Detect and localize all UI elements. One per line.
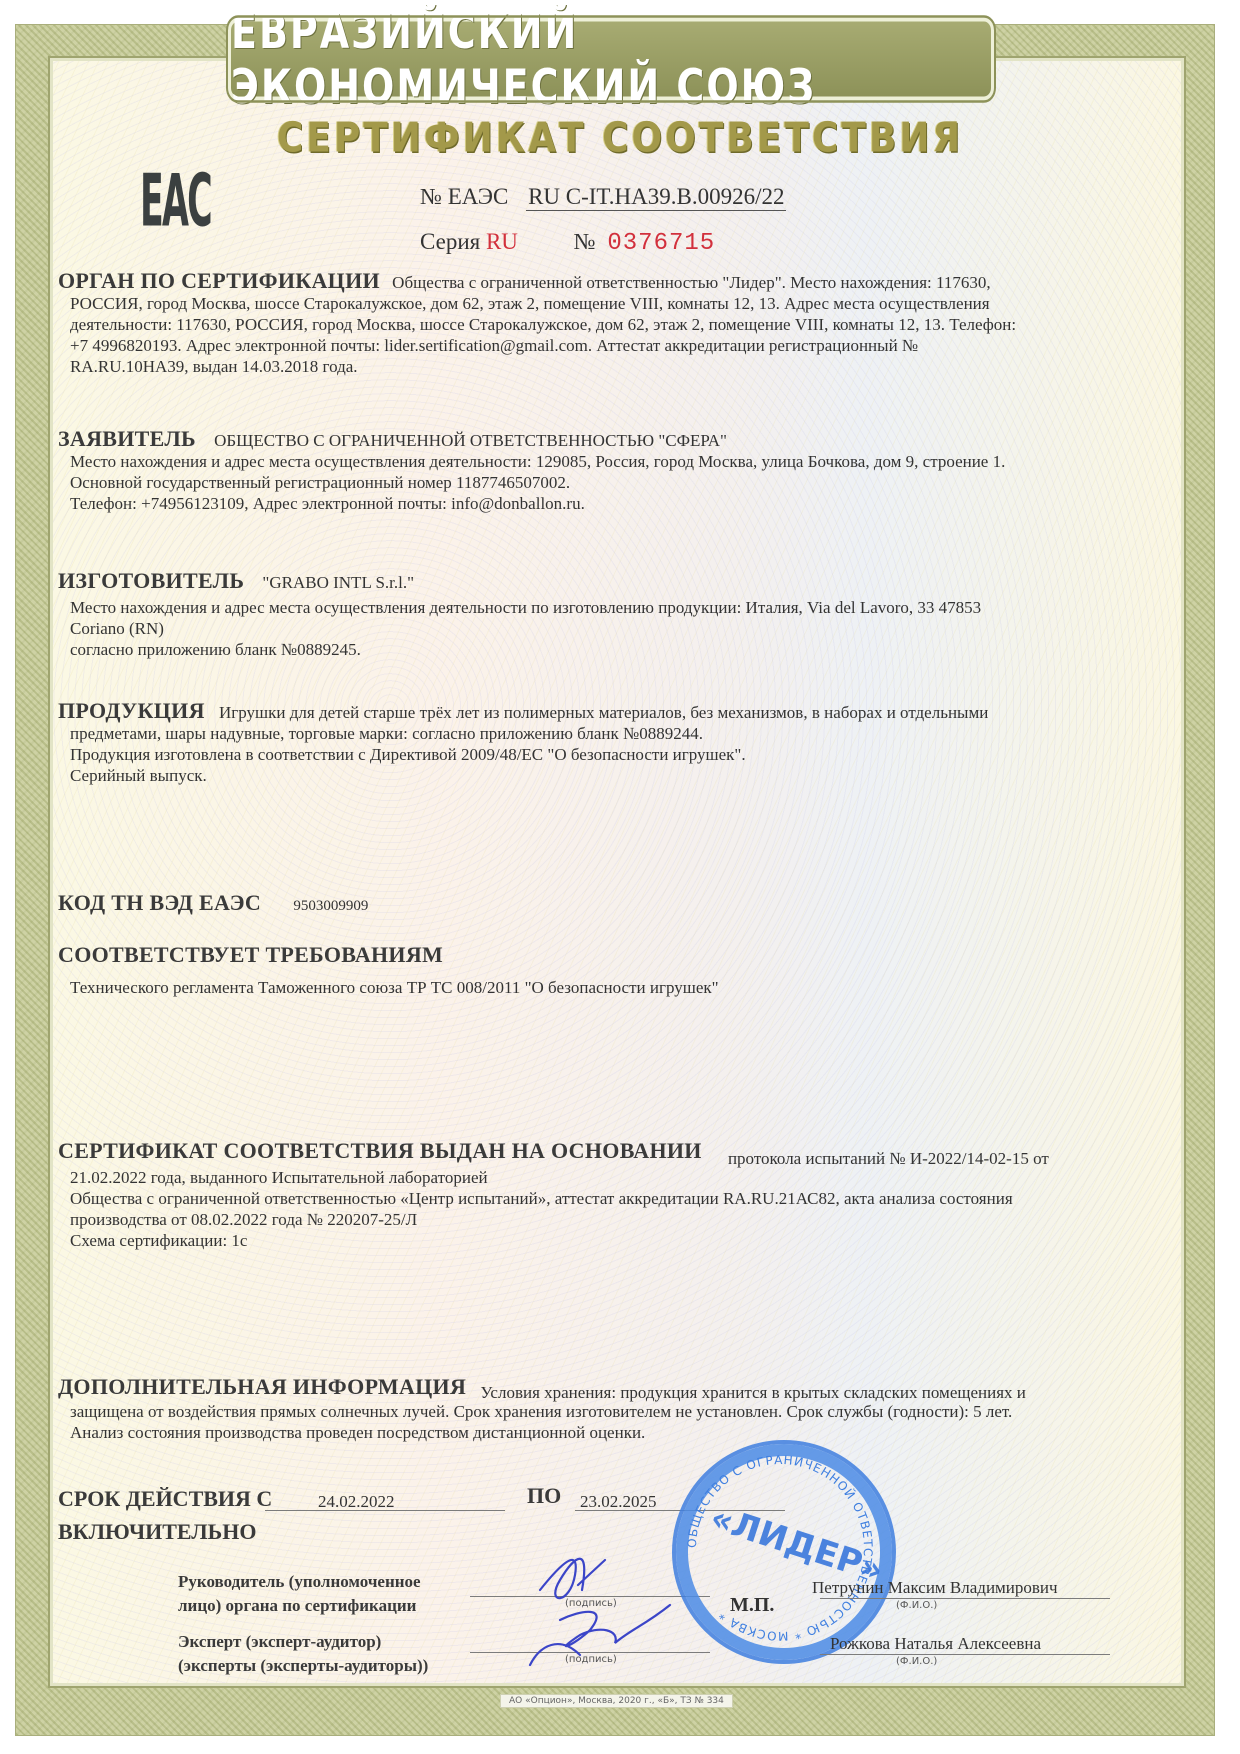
series-line: Серия RU № 0376715	[420, 229, 715, 257]
section-line: Схема сертификации: 1с	[70, 1230, 1138, 1251]
section-line: 21.02.2022 года, выданного Испытательной…	[70, 1167, 1138, 1188]
section-heading: ДОПОЛНИТЕЛЬНАЯ ИНФОРМАЦИЯ	[58, 1374, 466, 1399]
expert-label: Эксперт (эксперт-аудитор) (эксперты (экс…	[178, 1630, 428, 1678]
blank-number-value: 0376715	[607, 230, 715, 257]
section-line: Coriano (RN)	[70, 618, 1138, 639]
section-tn-ved: КОД ТН ВЭД ЕАЭС 9503009909	[58, 892, 1138, 917]
number-label: № ЕАЭС	[420, 184, 508, 209]
section-line: защищена от воздействия прямых солнечных…	[70, 1401, 1138, 1422]
stamp-place-label: М.П.	[730, 1594, 774, 1617]
validity-to-label: ПО	[527, 1484, 561, 1508]
section-line: Анализ состояния производства проведен п…	[70, 1422, 1138, 1443]
section-first-line: протокола испытаний № И-2022/14-02-15 от	[728, 1149, 1049, 1168]
section-heading: ОРГАН ПО СЕРТИФИКАЦИИ	[58, 268, 380, 293]
printer-imprint: АО «Опцион», Москва, 2020 г., «Б», ТЗ № …	[500, 1694, 733, 1708]
section-heading: КОД ТН ВЭД ЕАЭС	[58, 890, 261, 915]
section-line: деятельности: 117630, РОССИЯ, город Моск…	[70, 314, 1138, 335]
section-line: производства от 08.02.2022 года № 220207…	[70, 1209, 1138, 1230]
section-line: Место нахождения и адрес места осуществл…	[70, 597, 1138, 618]
section-product: ПРОДУКЦИЯ Игрушки для детей старше трёх …	[58, 700, 1138, 786]
section-first-line: Игрушки для детей старше трёх лет из пол…	[219, 703, 988, 722]
series-value: RU	[486, 229, 518, 254]
blank-number-label: №	[574, 229, 596, 254]
union-banner: ЕВРАЗИЙСКИЙ ЭКОНОМИЧЕСКИЙ СОЮЗ	[228, 18, 994, 101]
expert-name-line	[820, 1654, 1110, 1655]
validity-inclusive-label: ВКЛЮЧИТЕЛЬНО	[58, 1520, 256, 1544]
section-basis: СЕРТИФИКАТ СООТВЕТСТВИЯ ВЫДАН НА ОСНОВАН…	[58, 1140, 1138, 1251]
section-line: РОССИЯ, город Москва, шоссе Старокалужск…	[70, 293, 1138, 314]
section-line: RA.RU.10НА39, выдан 14.03.2018 года.	[70, 356, 1138, 377]
section-line: Продукция изготовлена в соответствии с Д…	[70, 744, 1138, 765]
validity-from-value: 24.02.2022	[318, 1492, 395, 1512]
section-line: Основной государственный регистрационный…	[70, 472, 1138, 493]
head-fio-caption: (Ф.И.О.)	[896, 1600, 937, 1611]
section-certification-body: ОРГАН ПО СЕРТИФИКАЦИИ Общества с огранич…	[58, 270, 1138, 377]
tn-ved-code: 9503009909	[293, 898, 368, 914]
head-label: Руководитель (уполномоченное лицо) орган…	[178, 1570, 421, 1618]
section-first-line: Условия хранения: продукция хранится в к…	[480, 1383, 1025, 1402]
section-manufacturer: ИЗГОТОВИТЕЛЬ "GRABO INTL S.r.l." Место н…	[58, 570, 1138, 660]
section-heading: СЕРТИФИКАТ СООТВЕТСТВИЯ ВЫДАН НА ОСНОВАН…	[58, 1138, 702, 1163]
section-line: согласно приложению бланк №0889245.	[70, 639, 1138, 660]
section-first-line: "GRABO INTL S.r.l."	[262, 573, 414, 592]
head-name: Петрунин Максим Владимирович	[812, 1578, 1058, 1598]
section-line: +7 4996820193. Адрес электронной почты: …	[70, 335, 1138, 356]
expert-name: Рожкова Наталья Алексеевна	[830, 1634, 1041, 1654]
section-heading: ПРОДУКЦИЯ	[58, 698, 205, 723]
section-line: Телефон: +74956123109, Адрес электронной…	[70, 493, 1138, 514]
head-name-line	[820, 1598, 1110, 1599]
section-additional-info: ДОПОЛНИТЕЛЬНАЯ ИНФОРМАЦИЯ Условия хранен…	[58, 1376, 1138, 1443]
eac-logo-icon: EAC	[140, 158, 211, 243]
signature-icon	[520, 1535, 680, 1675]
union-title: ЕВРАЗИЙСКИЙ ЭКОНОМИЧЕСКИЙ СОЮЗ	[231, 4, 991, 114]
section-requirements: СООТВЕТСТВУЕТ ТРЕБОВАНИЯМ Технического р…	[58, 944, 1138, 998]
validity-from-label: СРОК ДЕЙСТВИЯ С	[58, 1487, 272, 1511]
certificate-title: СЕРТИФИКАТ СООТВЕТСТВИЯ	[0, 115, 1240, 162]
section-line: предметами, шары надувные, торговые марк…	[70, 723, 1138, 744]
section-applicant: ЗАЯВИТЕЛЬ ОБЩЕСТВО С ОГРАНИЧЕННОЙ ОТВЕТС…	[58, 428, 1138, 514]
section-first-line: ОБЩЕСТВО С ОГРАНИЧЕННОЙ ОТВЕТСТВЕННОСТЬЮ…	[214, 431, 727, 450]
section-line: Место нахождения и адрес места осуществл…	[70, 451, 1138, 472]
expert-fio-caption: (Ф.И.О.)	[896, 1656, 937, 1667]
certificate-number: № ЕАЭС RU C-IT.НА39.В.00926/22	[420, 184, 786, 211]
section-first-line: Общества с ограниченной ответственностью…	[392, 273, 990, 292]
section-heading: СООТВЕТСТВУЕТ ТРЕБОВАНИЯМ	[58, 942, 443, 967]
section-heading: ИЗГОТОВИТЕЛЬ	[58, 568, 244, 593]
series-label: Серия	[420, 229, 480, 254]
number-value: RU C-IT.НА39.В.00926/22	[526, 184, 786, 211]
section-line: Общества с ограниченной ответственностью…	[70, 1188, 1138, 1209]
section-heading: ЗАЯВИТЕЛЬ	[58, 426, 196, 451]
section-line: Технического регламента Таможенного союз…	[70, 977, 1138, 998]
validity-to-value: 23.02.2025	[580, 1492, 657, 1512]
section-line: Серийный выпуск.	[70, 765, 1138, 786]
